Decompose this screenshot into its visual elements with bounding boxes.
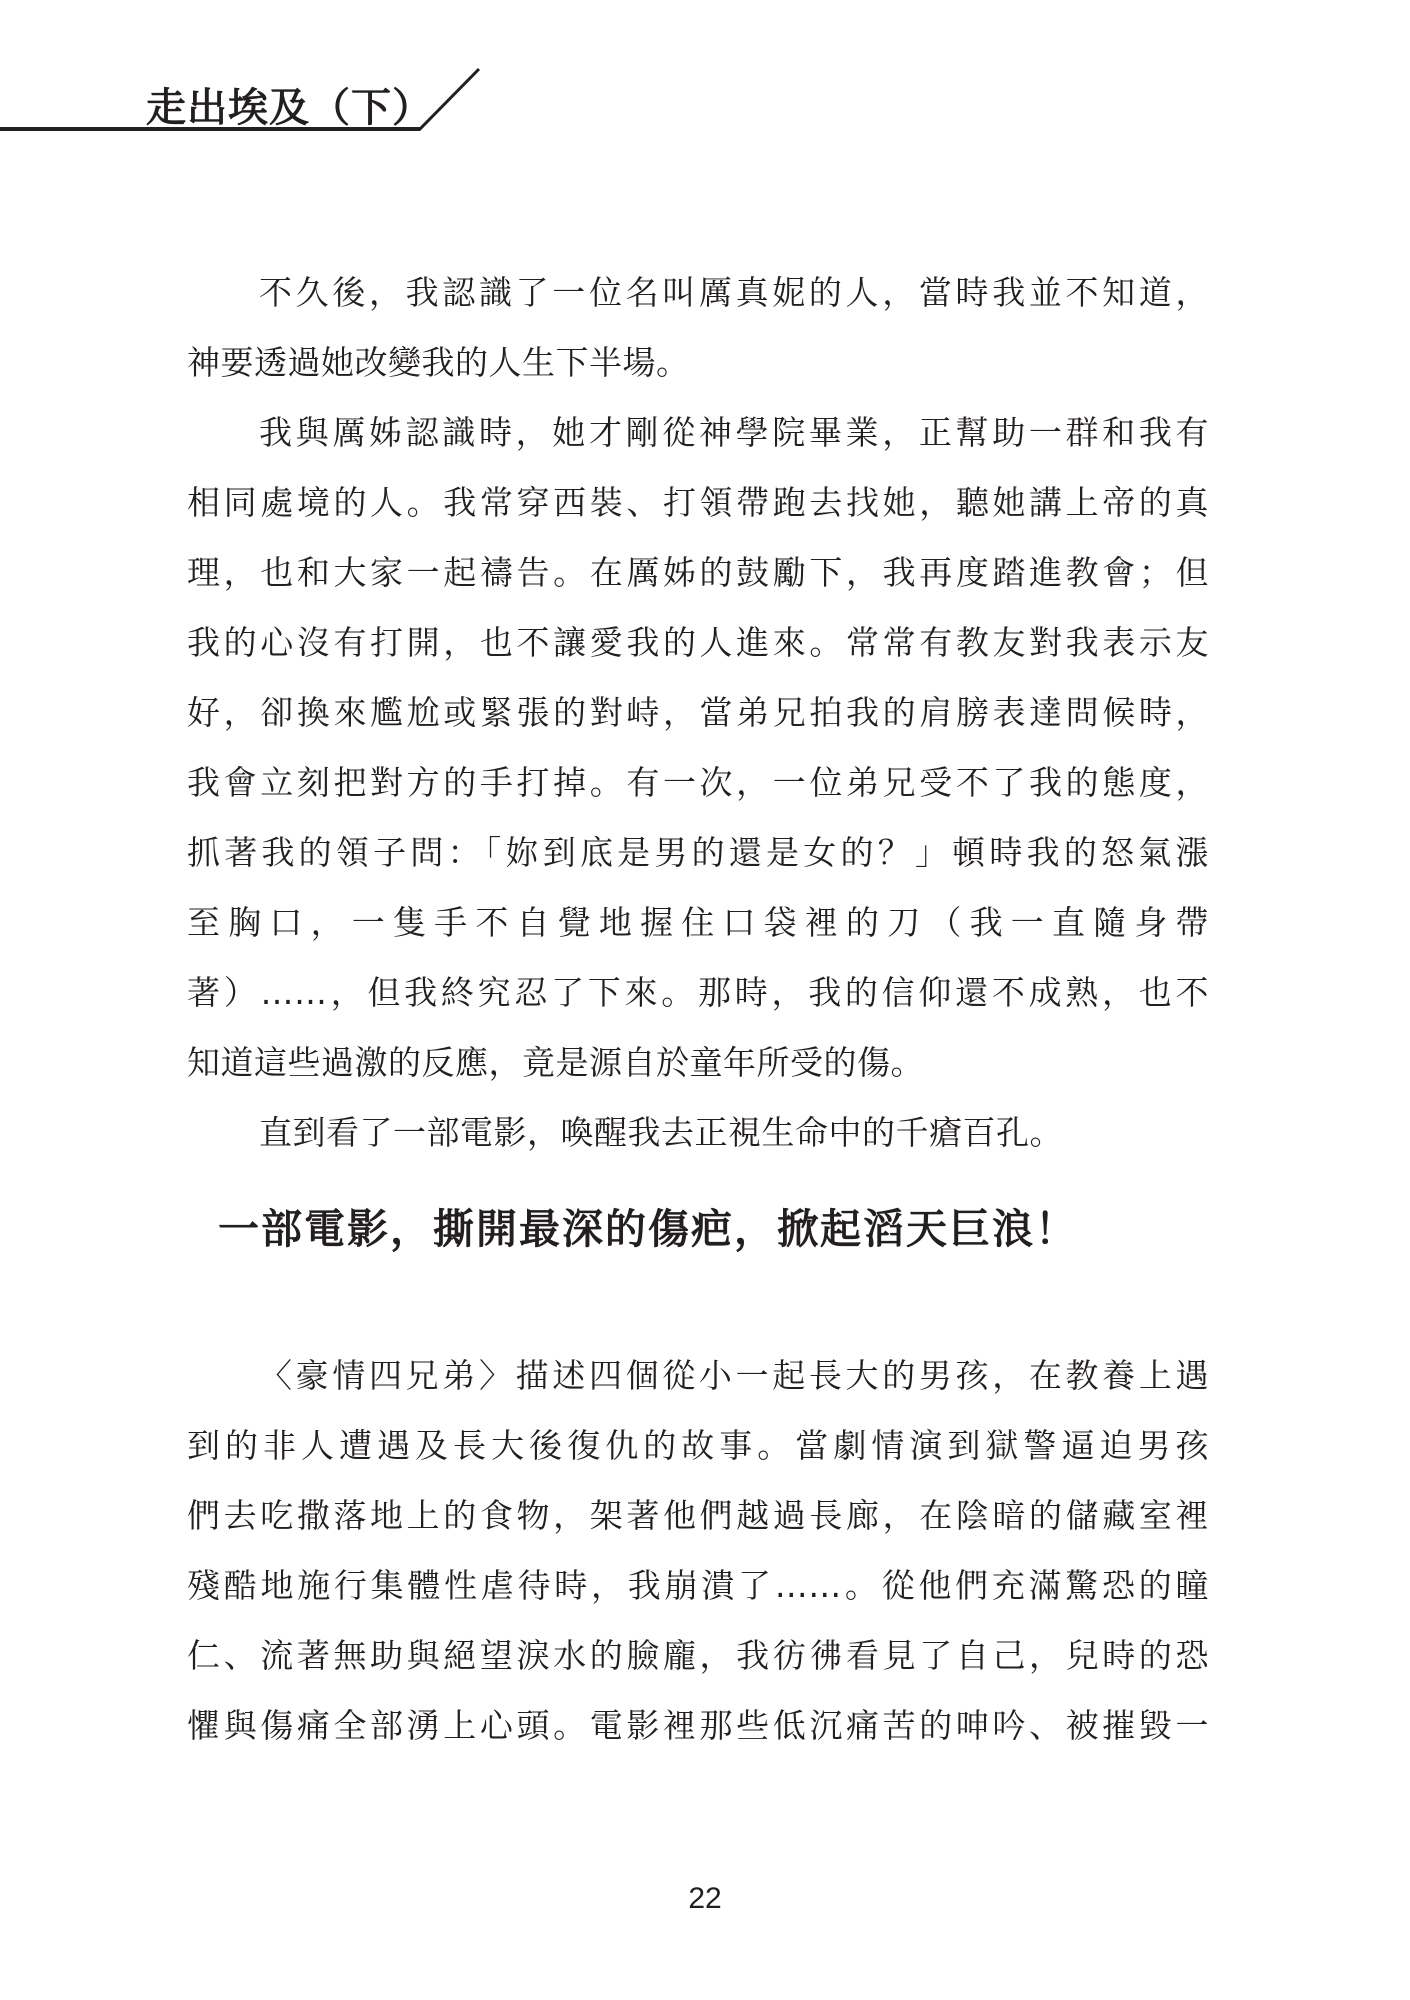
text-line: 〈豪情四兄弟〉描述四個從小一起長大的男孩，在教養上遇 (187, 1341, 1209, 1411)
book-title: 走出埃及（下） (146, 76, 433, 133)
text-line: 仁、流著無助與絕望淚水的臉龐，我彷彿看見了自己，兒時的恐 (187, 1621, 1209, 1691)
text-line: 直到看了一部電影，喚醒我去正視生命中的千瘡百孔。 (187, 1098, 1209, 1168)
text-line: 至胸口，一隻手不自覺地握住口袋裡的刀（我一直隨身帶 (187, 888, 1209, 958)
text-line: 著）……，但我終究忍了下來。那時，我的信仰還不成熟，也不 (187, 958, 1209, 1028)
text-line: 神要透過她改變我的人生下半場。 (187, 328, 1209, 398)
paragraph: 我與厲姊認識時，她才剛從神學院畢業，正幫助一群和我有 相同處境的人。我常穿西裝、… (187, 398, 1209, 1098)
text-line: 理，也和大家一起禱告。在厲姊的鼓勵下，我再度踏進教會；但 (187, 538, 1209, 608)
text-line: 相同處境的人。我常穿西裝、打領帶跑去找她，聽她講上帝的真 (187, 468, 1209, 538)
text-line: 懼與傷痛全部湧上心頭。電影裡那些低沉痛苦的呻吟、被摧毀一 (187, 1691, 1209, 1761)
text-line: 殘酷地施行集體性虐待時，我崩潰了……。從他們充滿驚恐的瞳 (187, 1551, 1209, 1621)
paragraph: 直到看了一部電影，喚醒我去正視生命中的千瘡百孔。 (187, 1098, 1209, 1168)
page-number: 22 (0, 1882, 1410, 1916)
paragraph: 〈豪情四兄弟〉描述四個從小一起長大的男孩，在教養上遇 到的非人遭遇及長大後復仇的… (187, 1341, 1209, 1761)
running-header: 走出埃及（下） (0, 60, 500, 150)
text-line: 知道這些過激的反應，竟是源自於童年所受的傷。 (187, 1028, 1209, 1098)
section-heading: 一部電影，撕開最深的傷疤，掀起滔天巨浪！ (218, 1196, 1078, 1255)
text-line: 們去吃撒落地上的食物，架著他們越過長廊，在陰暗的儲藏室裡 (187, 1481, 1209, 1551)
body-text-section-1: 不久後，我認識了一位名叫厲真妮的人，當時我並不知道， 神要透過她改變我的人生下半… (187, 258, 1209, 1168)
text-line: 我的心沒有打開，也不讓愛我的人進來。常常有教友對我表示友 (187, 608, 1209, 678)
body-text-section-2: 〈豪情四兄弟〉描述四個從小一起長大的男孩，在教養上遇 到的非人遭遇及長大後復仇的… (187, 1341, 1209, 1761)
paragraph: 不久後，我認識了一位名叫厲真妮的人，當時我並不知道， 神要透過她改變我的人生下半… (187, 258, 1209, 398)
text-line: 好，卻換來尷尬或緊張的對峙，當弟兄拍我的肩膀表達問候時， (187, 678, 1209, 748)
text-line: 到的非人遭遇及長大後復仇的故事。當劇情演到獄警逼迫男孩 (187, 1411, 1209, 1481)
text-line: 不久後，我認識了一位名叫厲真妮的人，當時我並不知道， (187, 258, 1209, 328)
text-line: 我會立刻把對方的手打掉。有一次，一位弟兄受不了我的態度， (187, 748, 1209, 818)
text-line: 我與厲姊認識時，她才剛從神學院畢業，正幫助一群和我有 (187, 398, 1209, 468)
text-line: 抓著我的領子問：「妳到底是男的還是女的？」頓時我的怒氣漲 (187, 818, 1209, 888)
